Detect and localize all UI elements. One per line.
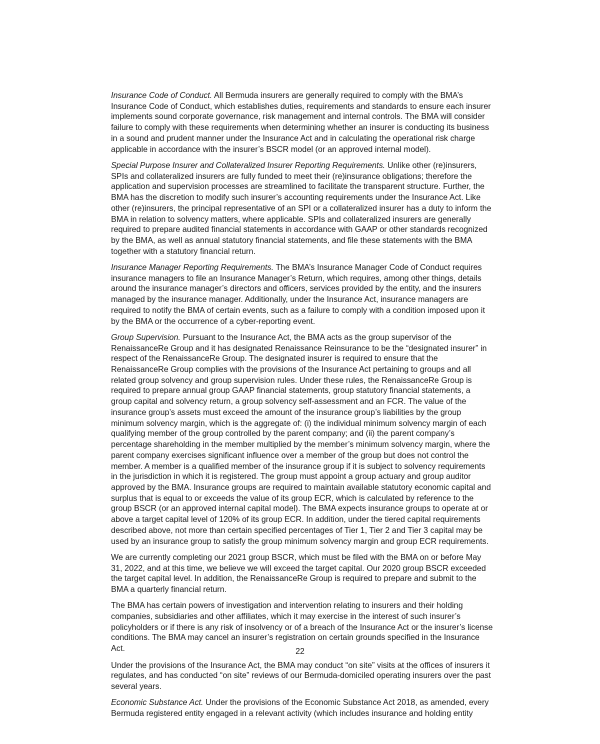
paragraph-group-bscr: We are currently completing our 2021 gro… [111, 553, 493, 596]
paragraph-economic-substance-act: Economic Substance Act. Under the provis… [111, 698, 493, 719]
paragraph-text: Pursuant to the Insurance Act, the BMA a… [111, 333, 491, 546]
paragraph-text: The BMA’s Insurance Manager Code of Cond… [111, 263, 485, 326]
paragraph-on-site-visits: Under the provisions of the Insurance Ac… [111, 661, 493, 693]
paragraph-heading: Insurance Code of Conduct. [111, 91, 212, 100]
paragraph-text: All Bermuda insurers are generally requi… [111, 91, 491, 154]
paragraph-heading: Insurance Manager Reporting Requirements… [111, 263, 274, 272]
paragraph-text: The BMA has certain powers of investigat… [111, 601, 493, 653]
paragraph-text: Unlike other (re)insurers, SPIs and coll… [111, 161, 491, 256]
paragraph-group-supervision: Group Supervision. Pursuant to the Insur… [111, 333, 493, 547]
paragraph-heading: Special Purpose Insurer and Collateraliz… [111, 161, 385, 170]
paragraph-text: We are currently completing our 2021 gro… [111, 553, 486, 594]
paragraph-spi-reporting: Special Purpose Insurer and Collateraliz… [111, 161, 493, 257]
paragraph-insurance-code-of-conduct: Insurance Code of Conduct. All Bermuda i… [111, 91, 493, 155]
paragraph-insurance-manager-reporting: Insurance Manager Reporting Requirements… [111, 263, 493, 327]
document-body: Insurance Code of Conduct. All Bermuda i… [111, 91, 493, 725]
paragraph-text: Under the provisions of the Insurance Ac… [111, 661, 491, 691]
page-number: 22 [0, 647, 600, 656]
paragraph-heading: Economic Substance Act. [111, 698, 203, 707]
paragraph-heading: Group Supervision. [111, 333, 181, 342]
